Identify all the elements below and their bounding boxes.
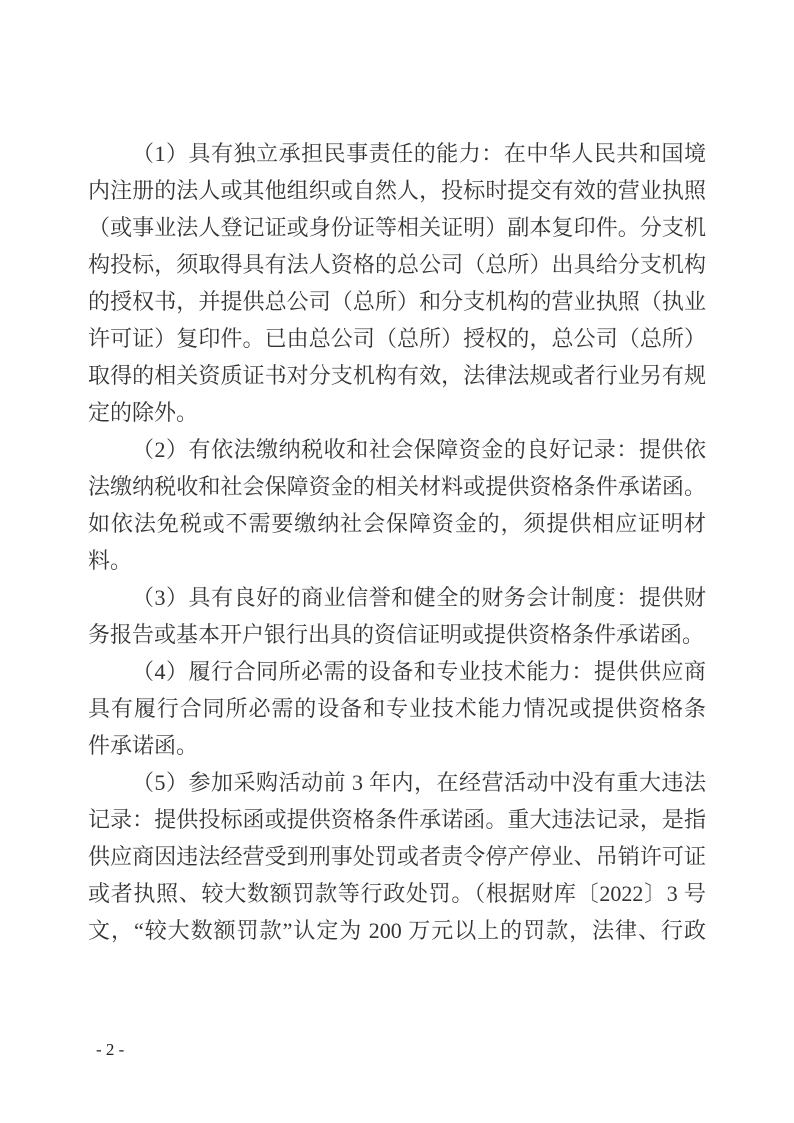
page-number: - 2 - [96, 1040, 124, 1060]
text-line: （3）具有良好的商业信誉和健全的财务会计制度：提供财 [88, 579, 706, 616]
text-line: 务报告或基本开户银行出具的资信证明或提供资格条件承诺函。 [88, 616, 706, 653]
text-line: 取得的相关资质证书对分支机构有效，法律法规或者行业另有规 [88, 357, 706, 394]
text-line: （4）履行合同所必需的设备和专业技术能力：提供供应商 [88, 653, 706, 690]
text-line: （5）参加采购活动前 3 年内，在经营活动中没有重大违法 [88, 764, 706, 801]
text-line: 文，“较大数额罚款”认定为 200 万元以上的罚款，法律、行政 [88, 912, 706, 949]
text-line: 定的除外。 [88, 394, 706, 431]
text-line: （2）有依法缴纳税收和社会保障资金的良好记录：提供依 [88, 431, 706, 468]
document-body: （1）具有独立承担民事责任的能力：在中华人民共和国境内注册的法人或其他组织或自然… [88, 135, 706, 949]
text-line: 构投标，须取得具有法人资格的总公司（总所）出具给分支机构 [88, 246, 706, 283]
text-line: （1）具有独立承担民事责任的能力：在中华人民共和国境 [88, 135, 706, 172]
text-line: 或者执照、较大数额罚款等行政处罚。（根据财库〔2022〕3 号 [88, 875, 706, 912]
text-line: 供应商因违法经营受到刑事处罚或者责令停产停业、吊销许可证 [88, 838, 706, 875]
text-line: 法缴纳税收和社会保障资金的相关材料或提供资格条件承诺函。 [88, 468, 706, 505]
text-line: 的授权书，并提供总公司（总所）和分支机构的营业执照（执业 [88, 283, 706, 320]
document-page: （1）具有独立承担民事责任的能力：在中华人民共和国境内注册的法人或其他组织或自然… [0, 0, 794, 1123]
text-line: 如依法免税或不需要缴纳社会保障资金的，须提供相应证明材 [88, 505, 706, 542]
text-line: 具有履行合同所必需的设备和专业技术能力情况或提供资格条 [88, 690, 706, 727]
text-line: 记录：提供投标函或提供资格条件承诺函。重大违法记录，是指 [88, 801, 706, 838]
text-line: （或事业法人登记证或身份证等相关证明）副本复印件。分支机 [88, 209, 706, 246]
text-line: 料。 [88, 542, 706, 579]
text-line: 件承诺函。 [88, 727, 706, 764]
text-line: 许可证）复印件。已由总公司（总所）授权的，总公司（总所） [88, 320, 706, 357]
text-line: 内注册的法人或其他组织或自然人，投标时提交有效的营业执照 [88, 172, 706, 209]
